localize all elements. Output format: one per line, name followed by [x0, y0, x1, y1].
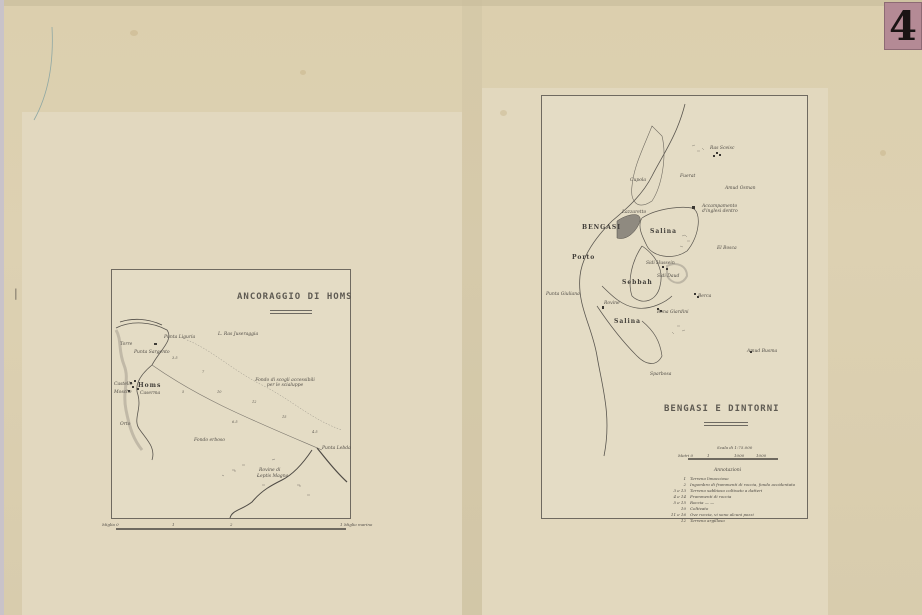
label-punta-lebda: Punta Lebda — [322, 446, 351, 451]
label-mosche: Mosche — [114, 390, 132, 395]
label-ras-sceisc: Ras Sceisc — [710, 146, 734, 151]
foxing-stain — [300, 70, 306, 75]
plate-number: 4 — [889, 3, 917, 50]
scale-bar-bengasi: Metri 0 1 1000 1000 — [682, 453, 780, 461]
label-fondo-scogli: Fondo di scogli accessibili per le scial… — [255, 378, 315, 388]
label-punta-sargento: Punta Sargento — [134, 350, 170, 355]
scale-tick: 1 — [172, 522, 175, 527]
map-sheet: 4 | ANCORAGGIO DI HOMS L. Ras Juseraggia… — [0, 0, 922, 615]
scale-tick: 2 — [230, 522, 233, 527]
scale-right-label: 1 Miglio marino — [340, 522, 372, 527]
pencil-stroke — [30, 25, 60, 125]
label-porto: Porto — [572, 254, 595, 261]
map-ancoraggio-di-homs: ANCORAGGIO DI HOMS L. Ras Juseraggia Pun… — [111, 269, 351, 519]
label-punta-liguria: Punta Liguria — [164, 335, 195, 340]
sounding: 6.5 — [232, 420, 238, 424]
plate-number-badge: 4 — [884, 2, 922, 50]
sounding: 15 — [282, 415, 286, 419]
legend: 1Terreno limaccioso 2Ingombro di frammen… — [664, 476, 795, 524]
map-title-homs: ANCORAGGIO DI HOMS — [237, 292, 353, 302]
scale-line — [116, 528, 346, 530]
scale-bar-homs: Miglia 0 1 2 1 Miglio marino — [112, 524, 352, 532]
foxing-stain — [880, 150, 886, 156]
label-fuerat: Fuerat — [680, 174, 695, 179]
sounding: 5 — [182, 390, 184, 394]
label-castello: Castello — [114, 382, 133, 387]
sounding: 7 — [202, 370, 204, 374]
scale-tick: Metri 0 — [678, 453, 693, 458]
label-rovine-bengasi: Rovine — [604, 301, 620, 306]
label-fondo-erboso: Fondo erboso — [194, 438, 225, 443]
top-edge — [0, 0, 922, 6]
scale-tick: 1 — [707, 453, 710, 458]
title-underline — [270, 310, 312, 314]
label-homs: Homs — [138, 382, 161, 389]
scale-tick: 1000 — [734, 453, 744, 458]
label-amud-busma: Amud Busma — [747, 349, 777, 354]
map-bengasi-e-dintorni: Ras Sceisc Fuerat Amud Osman Cupola Acca… — [541, 95, 808, 519]
label-caserma: Caserma — [140, 391, 160, 396]
label-salina-north: Salina — [650, 228, 677, 235]
sounding: 12 — [252, 400, 256, 404]
label-el-bosca: El Bosca — [717, 246, 737, 251]
label-amud-osman: Amud Osman — [725, 186, 756, 191]
label-cupola: Cupola — [630, 178, 646, 183]
label-orto: Orto — [120, 422, 130, 427]
scale-caption: Scala di 1:75.000 — [717, 445, 752, 450]
scale-tick: 1000 — [756, 453, 766, 458]
label-sidi-hussein: Sidi Hussein — [646, 261, 675, 266]
left-edge — [0, 0, 4, 615]
label-ras-juseraggia: L. Ras Juseraggia — [218, 332, 258, 337]
sounding: 4.5 — [312, 430, 318, 434]
label-sidi-daud: Sidi Daud — [657, 274, 679, 279]
scale-left-label: Miglia 0 — [102, 522, 119, 527]
label-salina-south: Salina — [614, 318, 641, 325]
label-lazzaretto: Lazzaretto — [622, 210, 646, 215]
foxing-stain — [500, 110, 507, 116]
legend-title: Annotazioni — [714, 468, 741, 473]
label-rovine: Rovine di — [259, 468, 280, 473]
legend-row: 12Terreno argilloso — [664, 518, 795, 524]
foxing-stain — [130, 30, 138, 36]
label-torre: Torre — [120, 342, 132, 347]
label-bona-giardini: Bona Giardini — [657, 310, 689, 315]
label-sparbosa: Sparbosa — [650, 372, 671, 377]
map-title-bengasi: BENGASI E DINTORNI — [664, 404, 780, 414]
label-berca: Berca — [698, 294, 711, 299]
label-accampamento: Accampamento d'inglesi dentro — [702, 204, 742, 214]
sounding: 3.5 — [172, 356, 178, 360]
label-punta-giuliana: Punta Giuliana — [546, 292, 580, 297]
pencil-mark: | — [14, 287, 18, 300]
label-bengasi: BENGASI — [582, 224, 621, 231]
label-sebbah: Sebbah — [622, 279, 653, 286]
label-leptis-magna: Leptis Magna — [257, 474, 288, 479]
sounding: 10 — [217, 390, 221, 394]
center-fold — [462, 0, 482, 615]
scale-line — [688, 458, 778, 460]
title-underline — [704, 422, 748, 426]
